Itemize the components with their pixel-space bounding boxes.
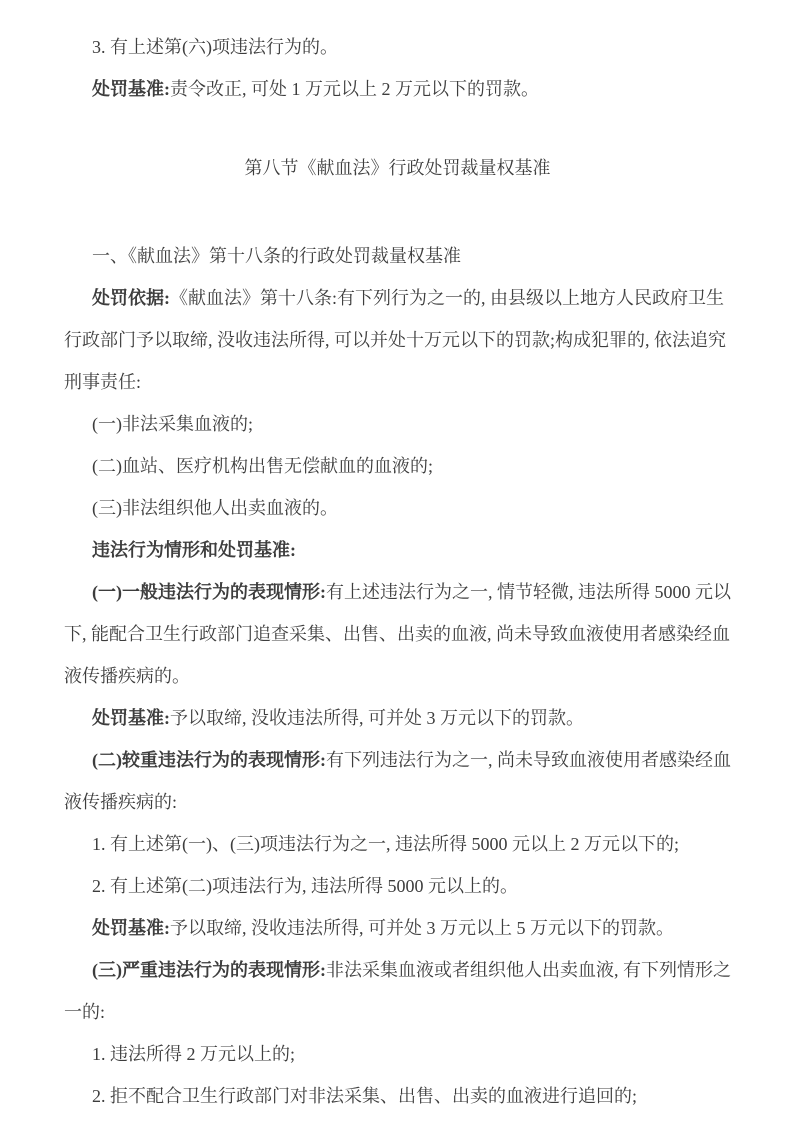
- paragraph-text: 2. 拒不配合卫生行政部门对非法采集、出售、出卖的血液进行追回的;: [92, 1086, 637, 1106]
- paragraph: 违法行为情形和处罚基准:: [64, 529, 731, 571]
- paragraph: (一)一般违法行为的表现情形:有上述违法行为之一, 情节轻微, 违法所得 500…: [64, 571, 731, 697]
- paragraph-text: 一、《献血法》第十八条的行政处罚裁量权基准: [92, 246, 461, 266]
- paragraph: 处罚基准:予以取缔, 没收违法所得, 可并处 3 万元以上 5 万元以下的罚款。: [64, 907, 731, 949]
- paragraph: (三)严重违法行为的表现情形:非法采集血液或者组织他人出卖血液, 有下列情形之一…: [64, 949, 731, 1033]
- document-body: 3. 有上述第(六)项违法行为的。处罚基准:责令改正, 可处 1 万元以上 2 …: [64, 26, 731, 1117]
- paragraph: 2. 拒不配合卫生行政部门对非法采集、出售、出卖的血液进行追回的;: [64, 1075, 731, 1117]
- paragraph-bold-label: (三)严重违法行为的表现情形:: [92, 960, 326, 980]
- paragraph-bold-label: 处罚基准:: [92, 708, 170, 728]
- paragraph: 处罚基准:责令改正, 可处 1 万元以上 2 万元以下的罚款。: [64, 68, 731, 110]
- paragraph: 处罚依据:《献血法》第十八条:有下列行为之一的, 由县级以上地方人民政府卫生行政…: [64, 277, 731, 403]
- paragraph: 3. 有上述第(六)项违法行为的。: [64, 26, 731, 68]
- paragraph-text: 3. 有上述第(六)项违法行为的。: [92, 37, 338, 57]
- paragraph-text: (一)非法采集血液的;: [92, 414, 253, 434]
- paragraph-text: 责令改正, 可处 1 万元以上 2 万元以下的罚款。: [170, 79, 539, 99]
- paragraph-text: 2. 有上述第(二)项违法行为, 违法所得 5000 元以上的。: [92, 876, 518, 896]
- paragraph-text: 第八节《献血法》行政处罚裁量权基准: [245, 158, 551, 178]
- paragraph-bold-label: 处罚依据:: [92, 288, 170, 308]
- paragraph-text: 1. 有上述第(一)、(三)项违法行为之一, 违法所得 5000 元以上 2 万…: [92, 834, 679, 854]
- paragraph-bold-label: 处罚基准:: [92, 79, 170, 99]
- paragraph: 2. 有上述第(二)项违法行为, 违法所得 5000 元以上的。: [64, 865, 731, 907]
- paragraph: 一、《献血法》第十八条的行政处罚裁量权基准: [64, 235, 731, 277]
- paragraph-bold-label: (二)较重违法行为的表现情形:: [92, 750, 326, 770]
- paragraph: (一)非法采集血液的;: [64, 403, 731, 445]
- paragraph-bold-label: 违法行为情形和处罚基准:: [92, 540, 296, 560]
- paragraph: (三)非法组织他人出卖血液的。: [64, 487, 731, 529]
- paragraph-text: 1. 违法所得 2 万元以上的;: [92, 1044, 295, 1064]
- paragraph-bold-label: 处罚基准:: [92, 918, 170, 938]
- paragraph: (二)较重违法行为的表现情形:有下列违法行为之一, 尚未导致血液使用者感染经血液…: [64, 739, 731, 823]
- section-heading: 第八节《献血法》行政处罚裁量权基准: [64, 147, 731, 189]
- paragraph: 处罚基准:予以取缔, 没收违法所得, 可并处 3 万元以下的罚款。: [64, 697, 731, 739]
- paragraph-text: (三)非法组织他人出卖血液的。: [92, 498, 338, 518]
- paragraph: 1. 有上述第(一)、(三)项违法行为之一, 违法所得 5000 元以上 2 万…: [64, 823, 731, 865]
- paragraph-text: 予以取缔, 没收违法所得, 可并处 3 万元以上 5 万元以下的罚款。: [170, 918, 674, 938]
- document-page: 3. 有上述第(六)项违法行为的。处罚基准:责令改正, 可处 1 万元以上 2 …: [0, 0, 793, 1122]
- paragraph: 1. 违法所得 2 万元以上的;: [64, 1033, 731, 1075]
- paragraph: (二)血站、医疗机构出售无偿献血的血液的;: [64, 445, 731, 487]
- paragraph-bold-label: (一)一般违法行为的表现情形:: [92, 582, 326, 602]
- paragraph-text: (二)血站、医疗机构出售无偿献血的血液的;: [92, 456, 433, 476]
- paragraph-text: 予以取缔, 没收违法所得, 可并处 3 万元以下的罚款。: [170, 708, 584, 728]
